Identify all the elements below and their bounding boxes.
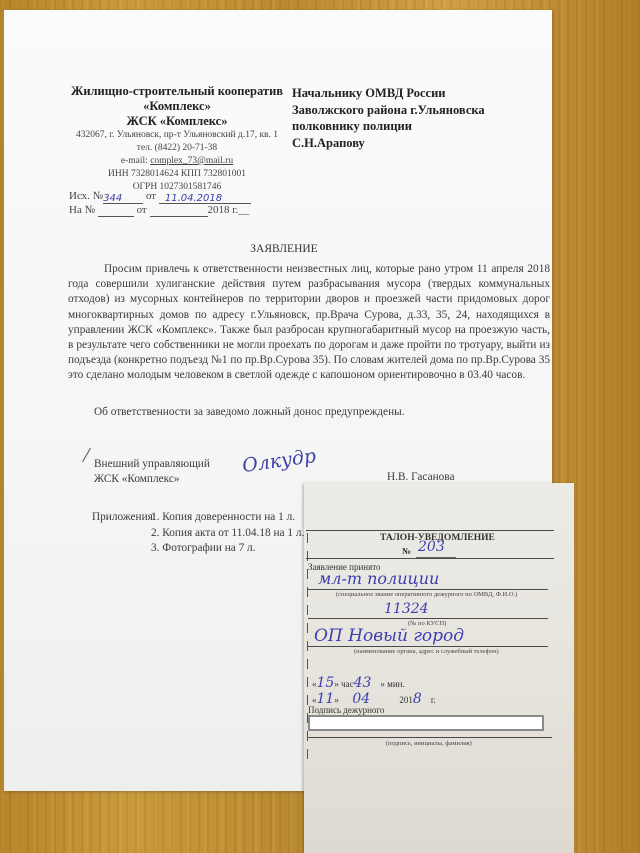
time-row: «15» час43 » мин. (312, 675, 405, 691)
organization-letterhead: Жилищно-строительный кооператив «Комплек… (66, 84, 288, 194)
hour-label: » час (334, 679, 353, 689)
outgoing-from-label: от (146, 190, 156, 202)
document-title: ЗАЯВЛЕНИЕ (4, 243, 564, 255)
minute-label: » мин. (380, 679, 404, 689)
accepted-by-caption: (специальное звание оперативного дежурно… (336, 591, 517, 598)
incoming-date-field (150, 205, 208, 217)
liability-warning: Об ответственности за заведомо ложный до… (94, 406, 405, 418)
year-prefix: 201 (399, 695, 413, 705)
pen-tick-mark (82, 448, 91, 462)
addressee-line3: полковнику полиции (292, 118, 485, 135)
kusp-value: 11324 (384, 601, 429, 617)
incoming-number-field (98, 205, 134, 217)
org-email-link[interactable]: complex_73@mail.ru (150, 156, 233, 166)
talon-number-label: № (402, 546, 411, 556)
incoming-year: 2018 г.__ (208, 204, 250, 216)
outgoing-number-field: 344 (103, 192, 143, 204)
org-address: 432067, г. Ульяновск, пр-т Ульяновский д… (66, 129, 288, 142)
outgoing-date: 11.04.2018 (165, 193, 222, 204)
org-name-line1: Жилищно-строительный кооператив (66, 84, 288, 99)
notification-talon: ТАЛОН-УВЕДОМЛЕНИЕ № 203 Заявление принят… (304, 483, 574, 853)
attachments-list: Приложения: 1. Копия доверенности на 1 л… (92, 510, 154, 526)
accepted-by-rule (308, 589, 548, 590)
signer-role-line2: ЖСК «Комплекс» (94, 472, 210, 487)
org-short-name: ЖСК «Комплекс» (66, 114, 288, 129)
incoming-label: На № (69, 204, 95, 216)
organ-caption: (наименование органа, адрес и служебный … (354, 648, 499, 655)
talon-rule (306, 558, 554, 559)
addressee-line2: Заволжского района г.Ульяновска (292, 102, 485, 119)
org-email-label: e-mail: (121, 156, 150, 166)
duty-signature-label: Подпись дежурного (308, 705, 384, 715)
org-name-line2: «Комплекс» (66, 99, 288, 114)
year-label: г. (431, 695, 436, 705)
reference-numbers: Исх. №344 от 11.04.2018 На № от 2018 г._… (69, 190, 251, 217)
outgoing-label: Исх. № (69, 190, 103, 202)
signature-caption: (подпись, инициалы, фамилия) (386, 740, 472, 747)
minute-value: 43 (354, 675, 372, 691)
org-inn-kpp: ИНН 7328014624 КПП 732801001 (66, 168, 288, 181)
signer-role-line1: Внешний управляющий (94, 457, 210, 472)
signer-role: Внешний управляющий ЖСК «Комплекс» (94, 457, 210, 487)
outgoing-number: 344 (103, 193, 122, 204)
signature-rule (308, 737, 552, 738)
addressee-line4: С.Н.Арапову (292, 135, 485, 152)
addressee-block: Начальнику ОМВД России Заволжского район… (292, 85, 485, 151)
organ-rule (308, 646, 548, 647)
talon-number-value: 203 (418, 539, 445, 555)
document-body: Просим привлечь к ответственности неизве… (68, 262, 550, 384)
outgoing-date-field: 11.04.2018 (159, 192, 251, 204)
incoming-from-label: от (137, 204, 147, 216)
attachments-label: Приложения: (92, 510, 154, 526)
talon-top-rule (306, 530, 554, 531)
year-suffix: 8 (413, 691, 422, 707)
handwritten-signature: Олкудр (241, 445, 318, 477)
org-email-row: e-mail: complex_73@mail.ru (66, 155, 288, 168)
accepted-by-value: мл-т полиции (318, 569, 439, 588)
org-phone: тел. (8422) 20-71-38 (66, 142, 288, 155)
addressee-line1: Начальнику ОМВД России (292, 85, 485, 102)
redacted-signature-box (308, 715, 544, 731)
incoming-ref-row: На № от 2018 г.__ (69, 204, 251, 218)
signer-name: Н.В. Гасанова (387, 471, 455, 483)
kusp-rule (308, 618, 548, 619)
outgoing-ref-row: Исх. №344 от 11.04.2018 (69, 190, 251, 204)
organ-value: ОП Новый город (314, 626, 464, 646)
hour-value: 15 (317, 675, 335, 691)
